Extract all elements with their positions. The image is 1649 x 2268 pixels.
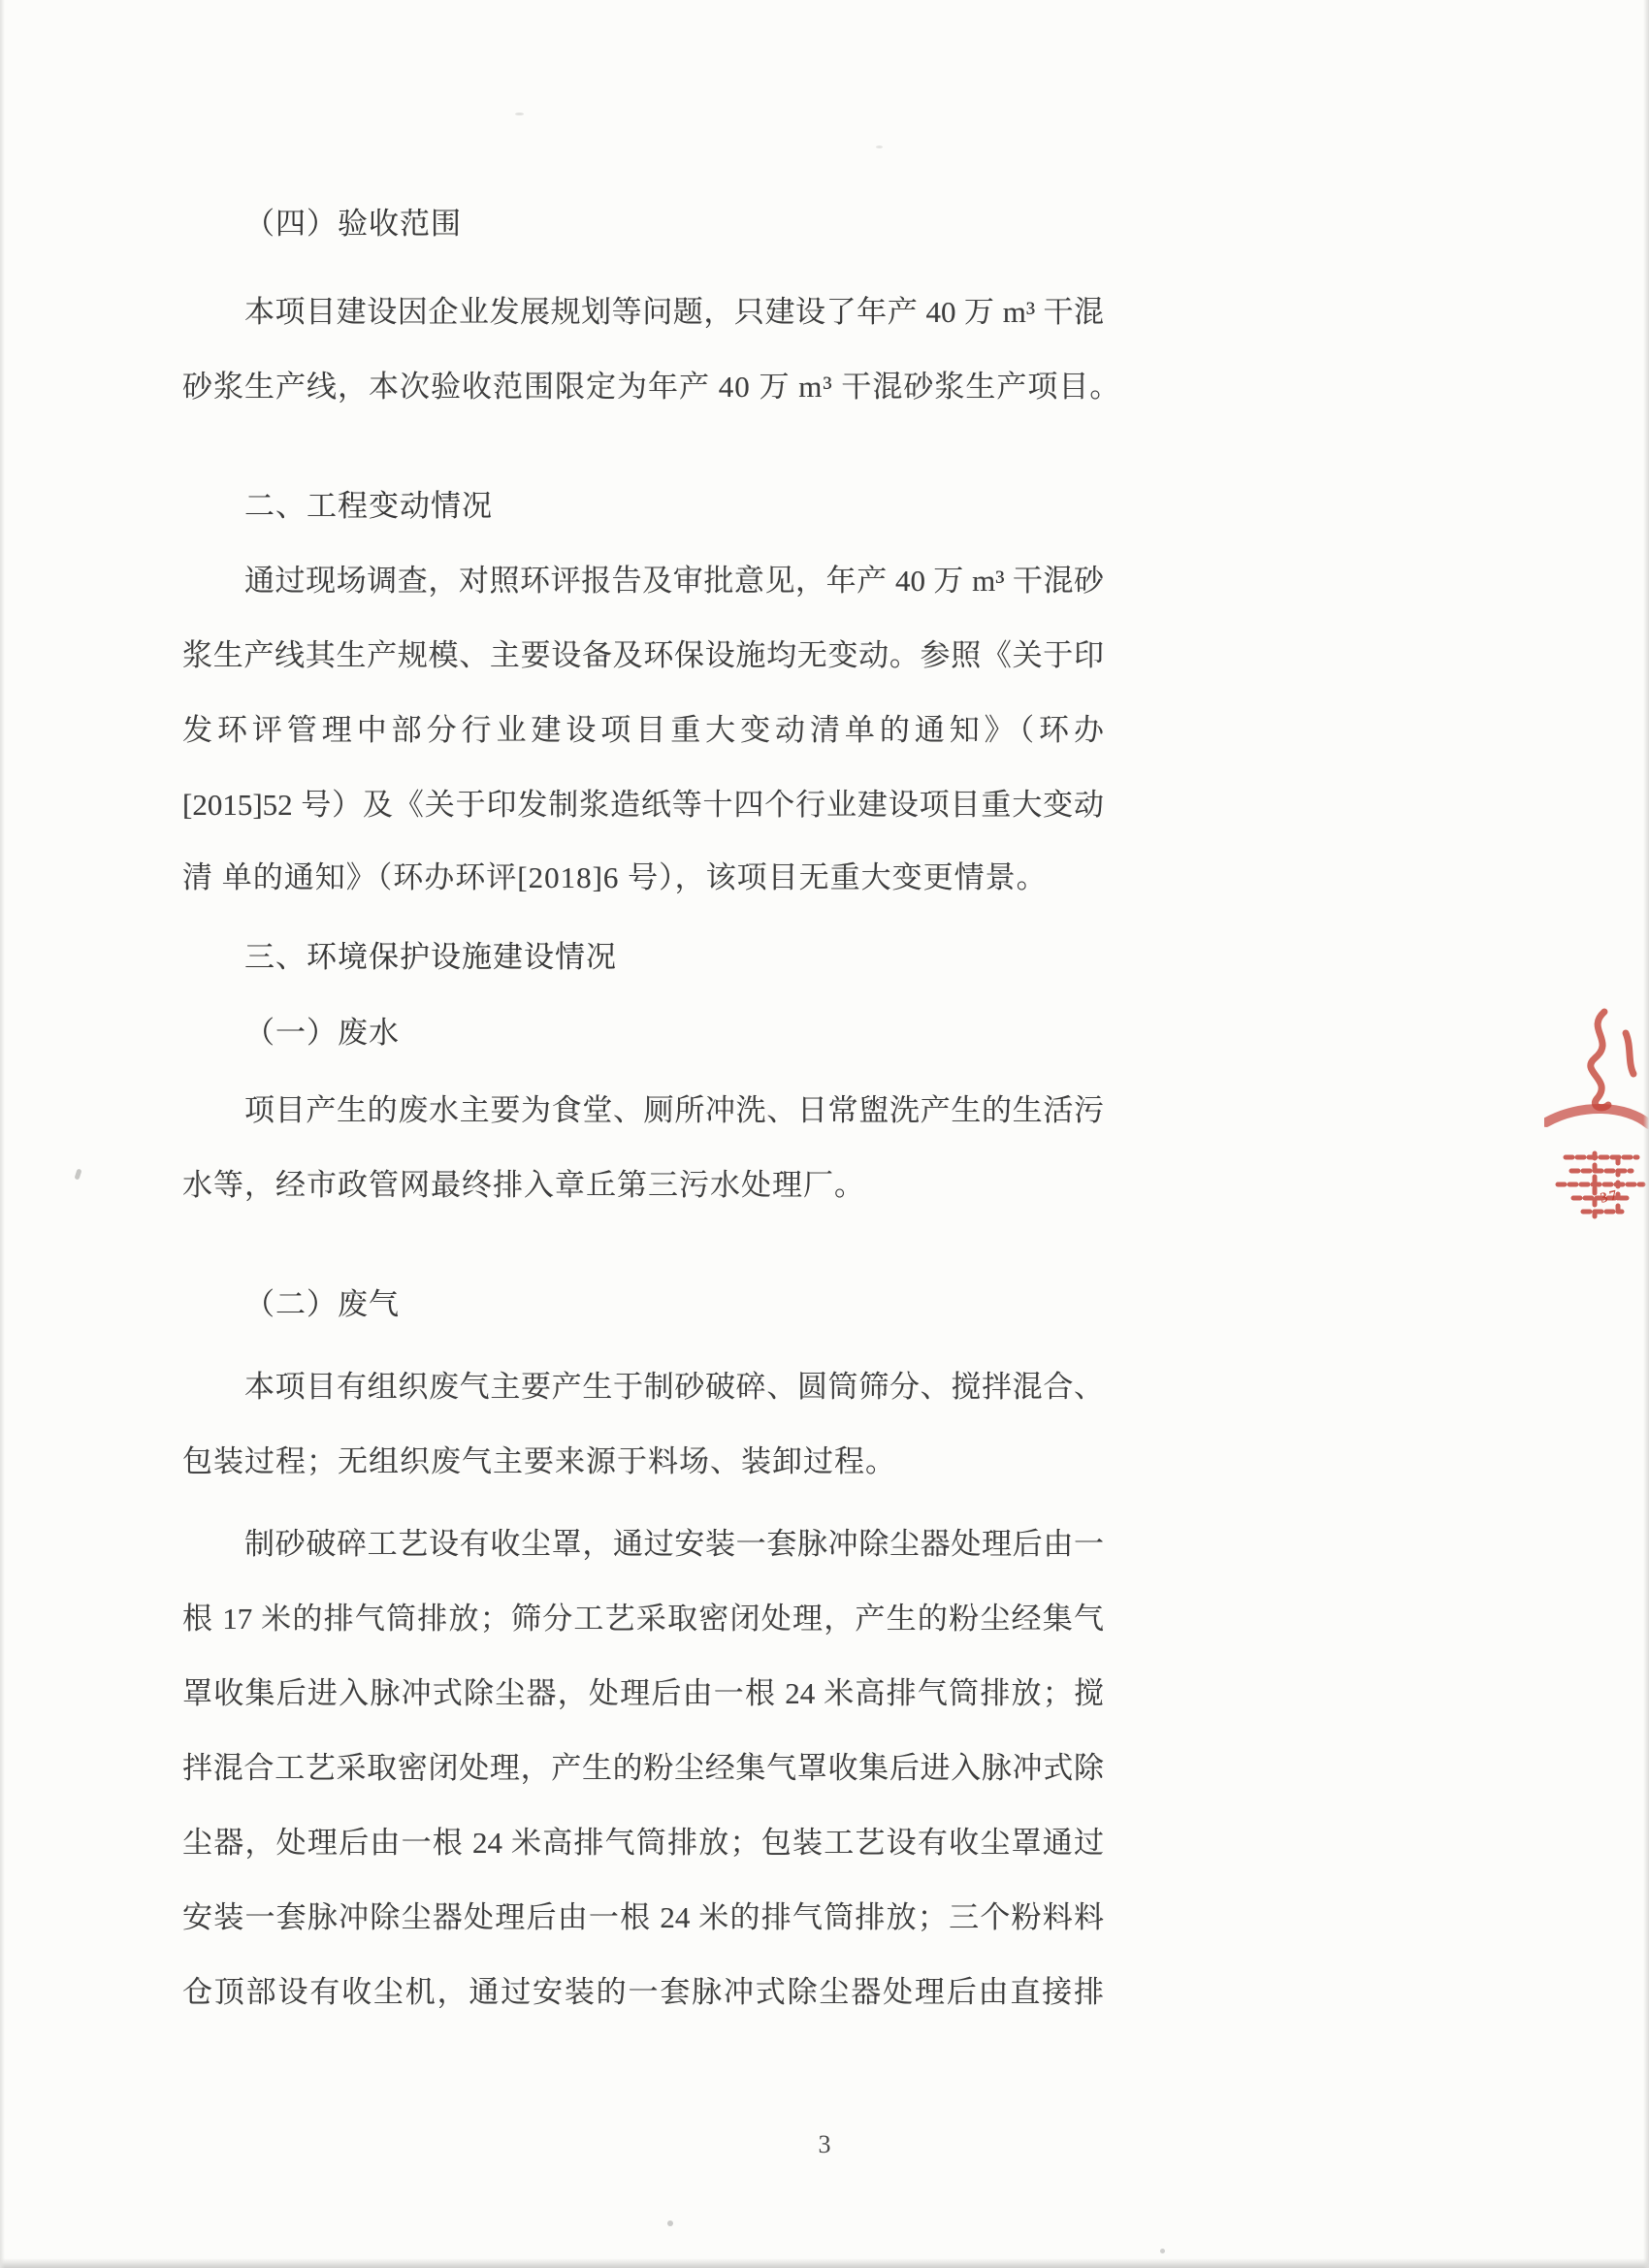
body-line: 清 单的通知》（环办环评[2018]6 号），该项目无重大变更情景。	[182, 854, 1104, 902]
body-line: 浆生产线其生产规模、主要设备及环保设施均无变动。参照《关于印	[182, 632, 1104, 680]
body-line: 砂浆生产线，本次验收范围限定为年产 40 万 m³ 干混砂浆生产项目。	[182, 363, 1104, 411]
body-line: 拌混合工艺采取密闭处理，产生的粉尘经集气罩收集后进入脉冲式除	[182, 1744, 1104, 1793]
scan-speck	[667, 2220, 673, 2226]
body-line: 本项目有组织废气主要产生于制砂破碎、圆筒筛分、搅拌混合、	[182, 1363, 1104, 1411]
body-line: 发环评管理中部分行业建设项目重大变动清单的通知》（环办	[182, 706, 1104, 755]
scan-edge-bottom	[0, 2258, 1649, 2268]
body-line: 通过现场调查，对照环评报告及审批意见，年产 40 万 m³ 干混砂	[182, 557, 1104, 605]
body-line: 项目产生的废水主要为食堂、厕所冲洗、日常盥洗产生的生活污	[182, 1086, 1104, 1135]
heading-line: 二、工程变动情况	[182, 482, 1104, 531]
scan-edge-left	[0, 0, 5, 2268]
body-line: 本项目建设因企业发展规划等问题，只建设了年产 40 万 m³ 干混	[182, 288, 1104, 337]
body-line: 尘器，处理后由一根 24 米高排气筒排放；包装工艺设有收尘罩通过	[182, 1819, 1104, 1867]
body-line: 安装一套脉冲除尘器处理后由一根 24 米的排气筒排放；三个粉料料	[182, 1894, 1104, 1942]
scan-speck	[876, 146, 883, 148]
body-line: 罩收集后进入脉冲式除尘器，处理后由一根 24 米高排气筒排放；搅	[182, 1669, 1104, 1718]
heading-line: （二）废气	[182, 1280, 1104, 1329]
heading-line: （一）废水	[182, 1009, 1104, 1057]
scan-speck	[515, 113, 524, 115]
body-line: 包装过程；无组织废气主要来源于料场、装卸过程。	[182, 1438, 1104, 1486]
red-stamp-fragments	[1544, 1004, 1649, 1242]
page-number: 3	[0, 2130, 1649, 2159]
body-line: 制砂破碎工艺设有收尘罩，通过安装一套脉冲除尘器处理后由一	[182, 1520, 1104, 1569]
scanned-document-page: （四）验收范围本项目建设因企业发展规划等问题，只建设了年产 40 万 m³ 干混…	[0, 0, 1649, 2268]
scan-speck	[1160, 2249, 1165, 2253]
scan-speck	[74, 1168, 81, 1180]
body-line: 根 17 米的排气筒排放；筛分工艺采取密闭处理，产生的粉尘经集气	[182, 1595, 1104, 1643]
heading-line: （四）验收范围	[182, 200, 1104, 248]
red-handwriting-mark	[1591, 1012, 1633, 1108]
red-seal-fragment	[1558, 1153, 1643, 1217]
red-arc-stroke	[1546, 1109, 1649, 1124]
body-line: 仓顶部设有收尘机，通过安装的一套脉冲式除尘器处理后由直接排	[182, 1968, 1104, 2017]
scan-edge-right	[1643, 0, 1649, 2268]
heading-line: 三、环境保护设施建设情况	[182, 933, 1104, 982]
body-line: 水等，经市政管网最终排入章丘第三污水处理厂。	[182, 1161, 1104, 1210]
body-line: [2015]52 号）及《关于印发制浆造纸等十四个行业建设项目重大变动	[182, 781, 1104, 829]
red-ink-marks-svg	[1544, 1004, 1649, 1242]
